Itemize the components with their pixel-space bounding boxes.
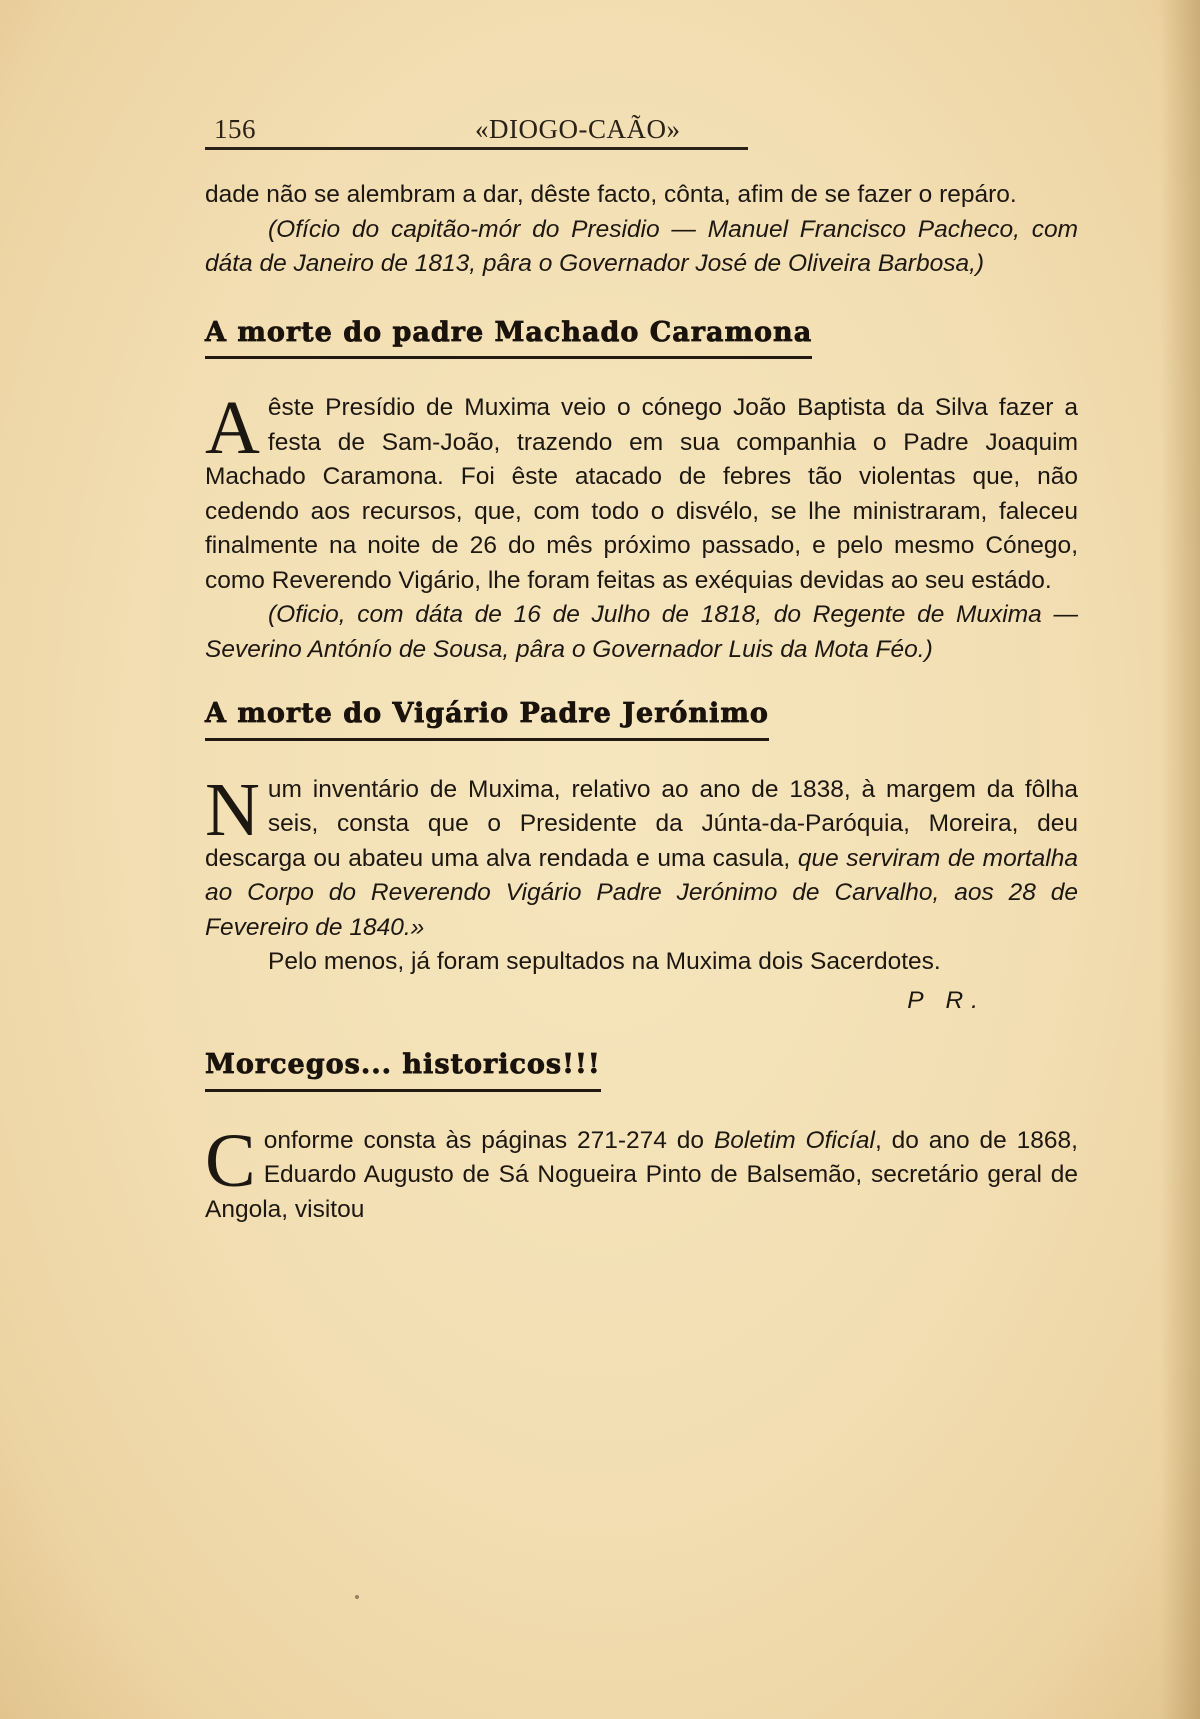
page-edge-shadow bbox=[1160, 0, 1200, 1719]
book-page: 156 «DIOGO-CAÃO» dade não se alembram a … bbox=[205, 100, 1078, 1227]
running-head: 156 «DIOGO-CAÃO» bbox=[205, 100, 1078, 144]
section-heading-wrap: A morte do padre Machado Caramona bbox=[205, 316, 1078, 360]
author-signature: P R. bbox=[205, 984, 1078, 1019]
paragraph-caramona: Aêste Presídio de Muxima veio o cónego J… bbox=[205, 391, 1078, 598]
paragraph-text: êste Presídio de Muxima veio o cónego Jo… bbox=[205, 394, 1078, 594]
print-speck bbox=[610, 130, 613, 133]
header-rule bbox=[205, 147, 748, 150]
dropcap-letter: A bbox=[205, 397, 260, 459]
paragraph-jeronimo: Num inventário de Muxima, relativo ao an… bbox=[205, 773, 1078, 946]
section-heading-wrap: Morcegos... historicos!!! bbox=[205, 1048, 1078, 1092]
dropcap-letter: N bbox=[205, 779, 260, 841]
section-heading-jeronimo: A morte do Vigário Padre Jerónimo bbox=[205, 697, 769, 741]
print-speck bbox=[534, 402, 537, 405]
print-speck bbox=[355, 1595, 359, 1599]
section-heading-morcegos: Morcegos... historicos!!! bbox=[205, 1048, 601, 1092]
publication-title: Boletim Oficíal bbox=[714, 1127, 875, 1154]
closing-paragraph: Pelo menos, já foram sepultados na Muxim… bbox=[205, 945, 1078, 980]
dropcap-letter: C bbox=[205, 1130, 256, 1192]
journal-title: «DIOGO-CAÃO» bbox=[475, 114, 680, 145]
page-number: 156 bbox=[214, 114, 256, 145]
paragraph-morcegos: Conforme consta às páginas 271-274 do Bo… bbox=[205, 1124, 1078, 1228]
section-heading-wrap: A morte do Vigário Padre Jerónimo bbox=[205, 697, 1078, 741]
citation-1813: (Ofício do capitão-mór do Presidio — Man… bbox=[205, 213, 1078, 282]
main-text: dade não se alembram a dar, dêste facto,… bbox=[205, 178, 1078, 1227]
paragraph-text: onforme consta às páginas 271-274 do bbox=[264, 1127, 714, 1154]
section-heading-caramona: A morte do padre Machado Caramona bbox=[205, 316, 812, 360]
continuation-paragraph: dade não se alembram a dar, dêste facto,… bbox=[205, 178, 1078, 213]
citation-1818: (Oficio, com dáta de 16 de Julho de 1818… bbox=[205, 598, 1078, 667]
